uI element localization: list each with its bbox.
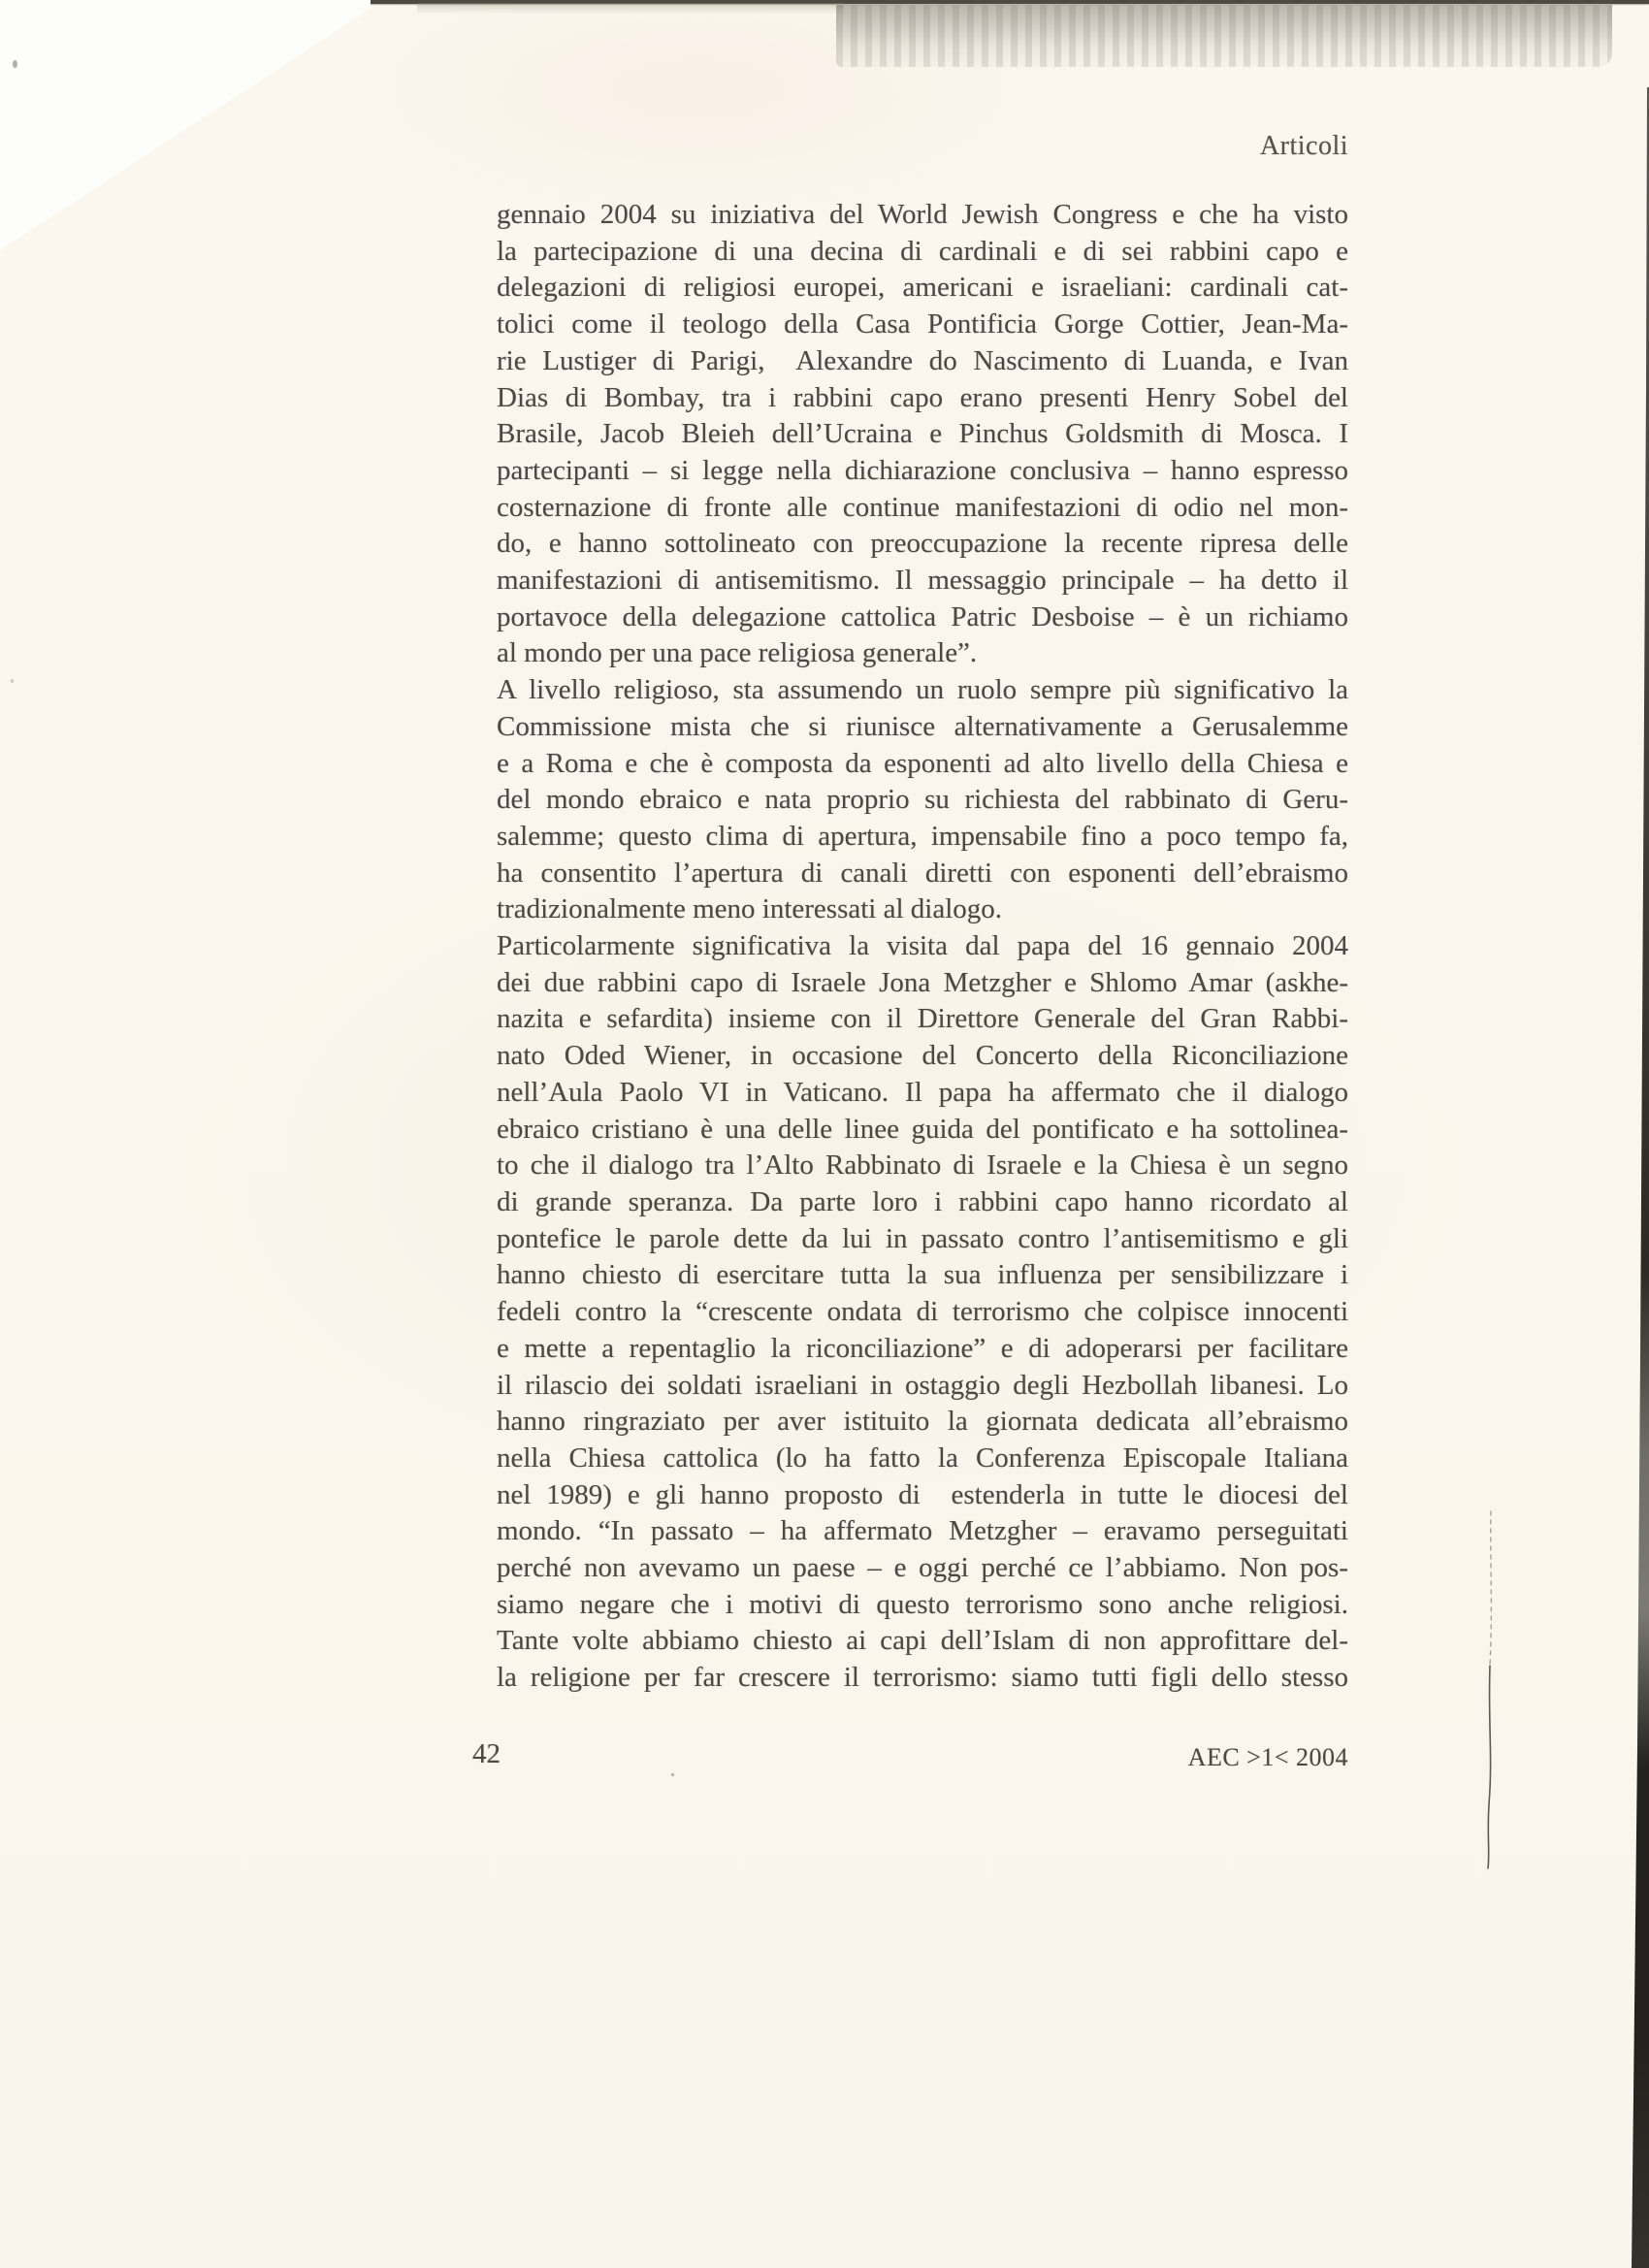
body-line: Brasile, Jacob Bleieh dell’Ucraina e Pin… [497,416,1348,453]
body-line: e mette a repentaglio la riconciliazione… [497,1331,1348,1368]
body-line: hanno ringraziato per aver istituito la … [497,1404,1348,1441]
body-line: al mondo per una pace religiosa generale… [497,635,1348,672]
body-line: partecipanti – si legge nella dichiarazi… [497,453,1348,490]
body-line: salemme; questo clima di apertura, impen… [497,819,1348,856]
body-line: del mondo ebraico e nata proprio su rich… [497,782,1348,819]
body-line: to che il dialogo tra l’Alto Rabbinato d… [497,1148,1348,1184]
body-line: tradizionalmente meno interessati al dia… [497,891,1348,928]
body-line: Tante volte abbiamo chiesto ai capi dell… [497,1623,1348,1660]
body-line: nel 1989) e gli hanno proposto di estend… [497,1477,1348,1514]
scan-corner-fold [0,0,388,254]
scan-hairline-artifact [1480,1506,1505,1884]
body-line: Commissione mista che si riunisce altern… [497,709,1348,746]
journal-ref: AEC >1< 2004 [1188,1743,1348,1772]
scan-top-shadow-band-left [417,3,844,14]
body-line: il rilascio dei soldati israeliani in os… [497,1368,1348,1405]
body-line: nella Chiesa cattolica (lo ha fatto la C… [497,1441,1348,1477]
body-text: gennaio 2004 su iniziativa del World Jew… [497,197,1348,1697]
scan-speck [13,60,17,68]
body-line: ha consentito l’apertura di canali diret… [497,856,1348,892]
body-line: hanno chiesto di esercitare tutta la sua… [497,1257,1348,1294]
body-line: pontefice le parole dette da lui in pass… [497,1221,1348,1258]
scanned-page: Articoli gennaio 2004 su iniziativa del … [0,0,1649,2268]
body-line: delegazioni di religiosi europei, americ… [497,270,1348,307]
scan-speck [11,679,14,683]
body-line: dei due rabbini capo di Israele Jona Met… [497,965,1348,1002]
body-line: costernazione di fronte alle continue ma… [497,490,1348,527]
body-line: ebraico cristiano è una delle linee guid… [497,1112,1348,1149]
body-line: rie Lustiger di Parigi, Alexandre do Nas… [497,343,1348,380]
body-line: do, e hanno sottolineato con preoccupazi… [497,526,1348,563]
body-line: nato Oded Wiener, in occasione del Conce… [497,1038,1348,1075]
running-header: Articoli [1260,131,1348,162]
body-line: A livello religioso, sta assumendo un ru… [497,672,1348,709]
page-number: 42 [472,1738,501,1770]
body-line: la religione per far crescere il terrori… [497,1660,1348,1697]
body-line: la partecipazione di una decina di cardi… [497,234,1348,271]
body-line: tolici come il teologo della Casa Pontif… [497,307,1348,343]
body-line: perché non avevamo un paese – e oggi per… [497,1550,1348,1587]
scan-top-shadow-band [836,5,1612,67]
body-line: fedeli contro la “crescente ondata di te… [497,1294,1348,1331]
scan-speck [671,1773,674,1776]
body-line: manifestazioni di antisemitismo. Il mess… [497,563,1348,599]
body-line: portavoce della delegazione cattolica Pa… [497,599,1348,636]
body-line: Particolarmente significativa la visita … [497,928,1348,965]
body-line: e a Roma e che è composta da esponenti a… [497,746,1348,783]
scan-right-edge-shadow [1630,0,1649,2268]
body-line: siamo negare che i motivi di questo terr… [497,1587,1348,1624]
body-line: nazita e sefardita) insieme con il Diret… [497,1001,1348,1038]
body-line: Dias di Bombay, tra i rabbini capo erano… [497,380,1348,417]
body-line: gennaio 2004 su iniziativa del World Jew… [497,197,1348,234]
body-line: mondo. “In passato – ha affermato Metzgh… [497,1513,1348,1550]
body-line: nell’Aula Paolo VI in Vaticano. Il papa … [497,1075,1348,1112]
body-line: di grande speranza. Da parte loro i rabb… [497,1184,1348,1221]
